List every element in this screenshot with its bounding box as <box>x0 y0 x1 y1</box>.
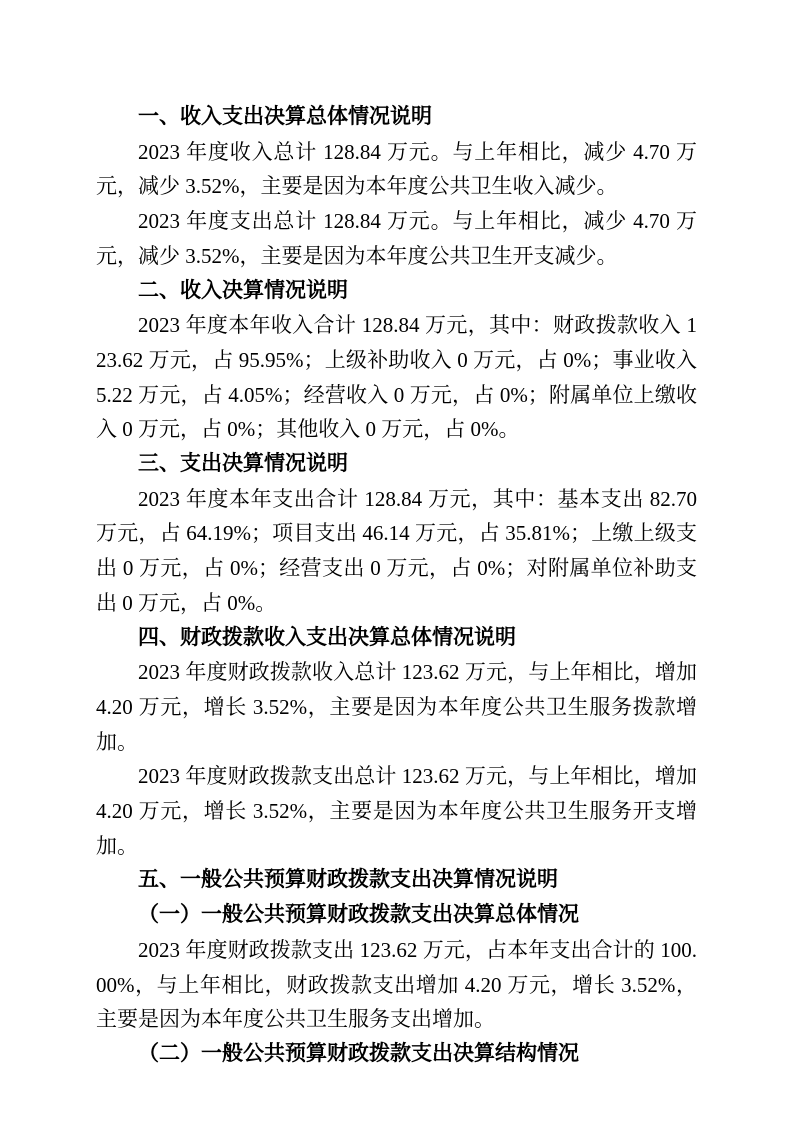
section-5-subsection-2-heading: （二）一般公共预算财政拨款支出决算结构情况 <box>96 1037 697 1072</box>
section-5-subsection-1-paragraph-1: 2023 年度财政拨款支出 123.62 万元，占本年支出合计的 100.00%… <box>96 933 697 1037</box>
section-1-paragraph-1: 2023 年度收入总计 128.84 万元。与上年相比，减少 4.70 万元，减… <box>96 135 697 204</box>
section-1-paragraph-2: 2023 年度支出总计 128.84 万元。与上年相比，减少 4.70 万元，减… <box>96 204 697 273</box>
section-1-heading: 一、收入支出决算总体情况说明 <box>96 100 697 135</box>
section-3-heading: 三、支出决算情况说明 <box>96 447 697 482</box>
section-4-paragraph-1: 2023 年度财政拨款收入总计 123.62 万元，与上年相比，增加 4.20 … <box>96 655 697 759</box>
section-3-paragraph-1: 2023 年度本年支出合计 128.84 万元，其中：基本支出 82.70 万元… <box>96 482 697 621</box>
document-page: 一、收入支出决算总体情况说明 2023 年度收入总计 128.84 万元。与上年… <box>0 0 793 1122</box>
section-4-heading: 四、财政拨款收入支出决算总体情况说明 <box>96 621 697 656</box>
section-5-heading: 五、一般公共预算财政拨款支出决算情况说明 <box>96 863 697 898</box>
section-5-subsection-1-heading: （一）一般公共预算财政拨款支出决算总体情况 <box>96 898 697 933</box>
section-4-paragraph-2: 2023 年度财政拨款支出总计 123.62 万元，与上年相比，增加 4.20 … <box>96 759 697 863</box>
section-2-paragraph-1: 2023 年度本年收入合计 128.84 万元，其中：财政拨款收入 123.62… <box>96 308 697 447</box>
section-2-heading: 二、收入决算情况说明 <box>96 274 697 309</box>
